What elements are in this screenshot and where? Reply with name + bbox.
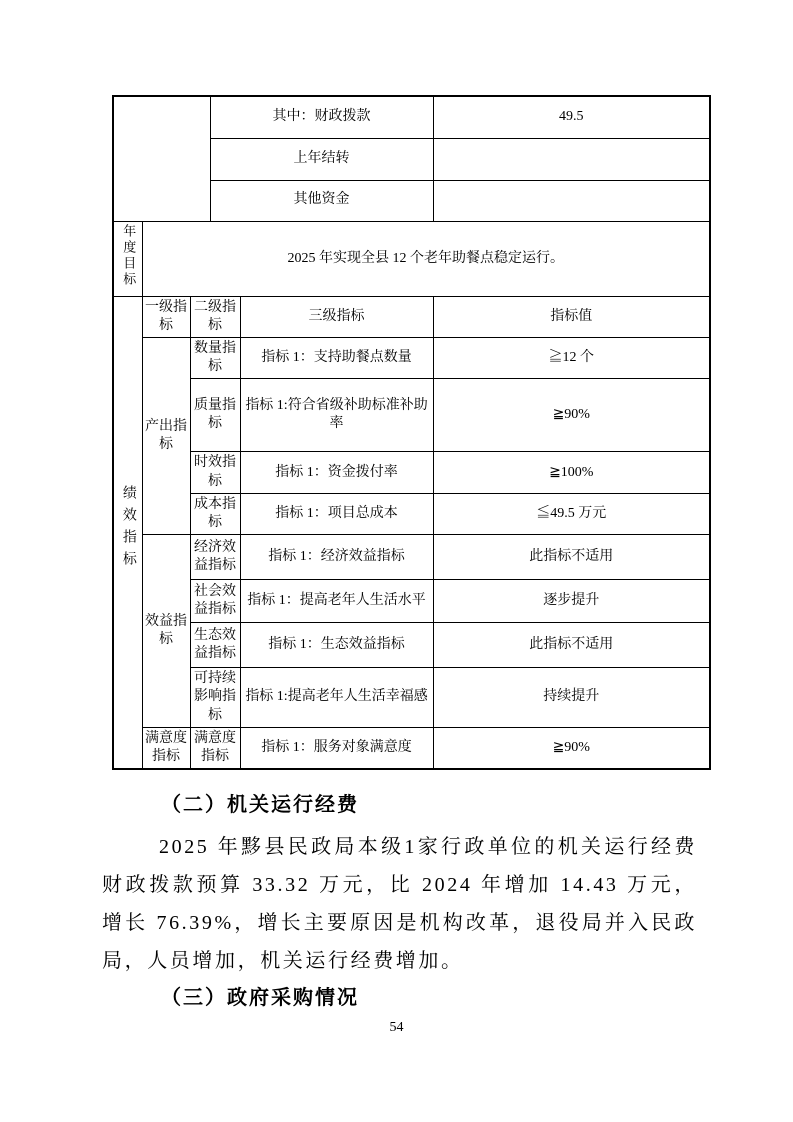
agency-operating-cost-paragraph: 2025 年黟县民政局本级1家行政单位的机关运行经费财政拨款预算 33.32 万… [102, 828, 697, 980]
level2-cell: 经济效益指标 [190, 535, 240, 580]
perf-row: 生态效益指标 指标 1：生态效益指标 此指标不适用 [113, 623, 710, 668]
section-heading-agency-operating-cost: （二）机关运行经费 [161, 793, 359, 817]
funding-label-cell: 其他资金 [210, 180, 433, 221]
funding-value-cell [433, 180, 710, 221]
perf-row: 满意度指标 满意度指标 指标 1：服务对象满意度 ≧90% [113, 727, 710, 769]
annual-goal-text: 2025 年实现全县 12 个老年助餐点稳定运行。 [142, 221, 710, 296]
perf-row: 时效指标 指标 1：资金拨付率 ≧100% [113, 452, 710, 493]
perf-side-label: 绩效指标 [113, 296, 142, 769]
perf-row: 产出指标 数量指标 指标 1：支持助餐点数量 ≧12 个 [113, 338, 710, 379]
header-level2: 二级指标 [190, 296, 240, 337]
level3-cell: 指标 1：经济效益指标 [240, 535, 433, 580]
perf-row: 效益指标 经济效益指标 指标 1：经济效益指标 此指标不适用 [113, 535, 710, 580]
indicator-value-cell: 此指标不适用 [433, 535, 710, 580]
document-page: 其中：财政拨款 49.5 上年结转 其他资金 年度目标 2025 年实现全县 1… [0, 0, 793, 1122]
perf-side-label-text: 绩效指标 [119, 485, 137, 573]
indicator-value-cell: ≧90% [433, 727, 710, 769]
level2-cell: 时效指标 [190, 452, 240, 493]
level3-cell: 指标 1：服务对象满意度 [240, 727, 433, 769]
indicator-value-cell: ≧12 个 [433, 338, 710, 379]
level2-cell: 质量指标 [190, 379, 240, 452]
funding-empty-cell [113, 96, 210, 221]
level2-cell: 成本指标 [190, 493, 240, 534]
level3-cell: 指标 1:提高老年人生活幸福感 [240, 668, 433, 728]
page-number: 54 [0, 1020, 793, 1036]
perf-row: 可持续影响指标 指标 1:提高老年人生活幸福感 持续提升 [113, 668, 710, 728]
indicator-value-cell: 此指标不适用 [433, 623, 710, 668]
level2-cell: 生态效益指标 [190, 623, 240, 668]
funding-value-cell: 49.5 [433, 96, 710, 138]
level3-cell: 指标 1：支持助餐点数量 [240, 338, 433, 379]
level3-cell: 指标 1:符合省级补助标准补助率 [240, 379, 433, 452]
section-heading-gov-procurement: （三）政府采购情况 [161, 986, 359, 1010]
level2-cell: 社会效益指标 [190, 580, 240, 623]
level2-cell: 满意度指标 [190, 727, 240, 769]
perf-row: 成本指标 指标 1：项目总成本 ≦49.5 万元 [113, 493, 710, 534]
level1-satisfaction-cell: 满意度指标 [142, 727, 190, 769]
level3-cell: 指标 1：资金拨付率 [240, 452, 433, 493]
funding-value-cell [433, 138, 710, 180]
indicator-value-cell: ≦49.5 万元 [433, 493, 710, 534]
perf-row: 社会效益指标 指标 1：提高老年人生活水平 逐步提升 [113, 580, 710, 623]
level1-benefit-cell: 效益指标 [142, 535, 190, 728]
level2-cell: 可持续影响指标 [190, 668, 240, 728]
perf-row: 质量指标 指标 1:符合省级补助标准补助率 ≧90% [113, 379, 710, 452]
annual-goal-label-text: 年度目标 [119, 224, 136, 288]
annual-goal-row: 年度目标 2025 年实现全县 12 个老年助餐点稳定运行。 [113, 221, 710, 296]
funding-row: 其中：财政拨款 49.5 [113, 96, 710, 138]
indicator-value-cell: ≧90% [433, 379, 710, 452]
indicator-value-cell: 持续提升 [433, 668, 710, 728]
budget-performance-table: 其中：财政拨款 49.5 上年结转 其他资金 年度目标 2025 年实现全县 1… [112, 95, 711, 770]
annual-goal-label: 年度目标 [113, 221, 142, 296]
funding-label-cell: 上年结转 [210, 138, 433, 180]
level1-output-cell: 产出指标 [142, 338, 190, 535]
level3-cell: 指标 1：提高老年人生活水平 [240, 580, 433, 623]
level3-cell: 指标 1：生态效益指标 [240, 623, 433, 668]
header-level3: 三级指标 [240, 296, 433, 337]
indicator-value-cell: 逐步提升 [433, 580, 710, 623]
level3-cell: 指标 1：项目总成本 [240, 493, 433, 534]
level2-cell: 数量指标 [190, 338, 240, 379]
funding-label-cell: 其中：财政拨款 [210, 96, 433, 138]
header-level1: 一级指标 [142, 296, 190, 337]
indicator-value-cell: ≧100% [433, 452, 710, 493]
header-value: 指标值 [433, 296, 710, 337]
perf-header-row: 绩效指标 一级指标 二级指标 三级指标 指标值 [113, 296, 710, 337]
